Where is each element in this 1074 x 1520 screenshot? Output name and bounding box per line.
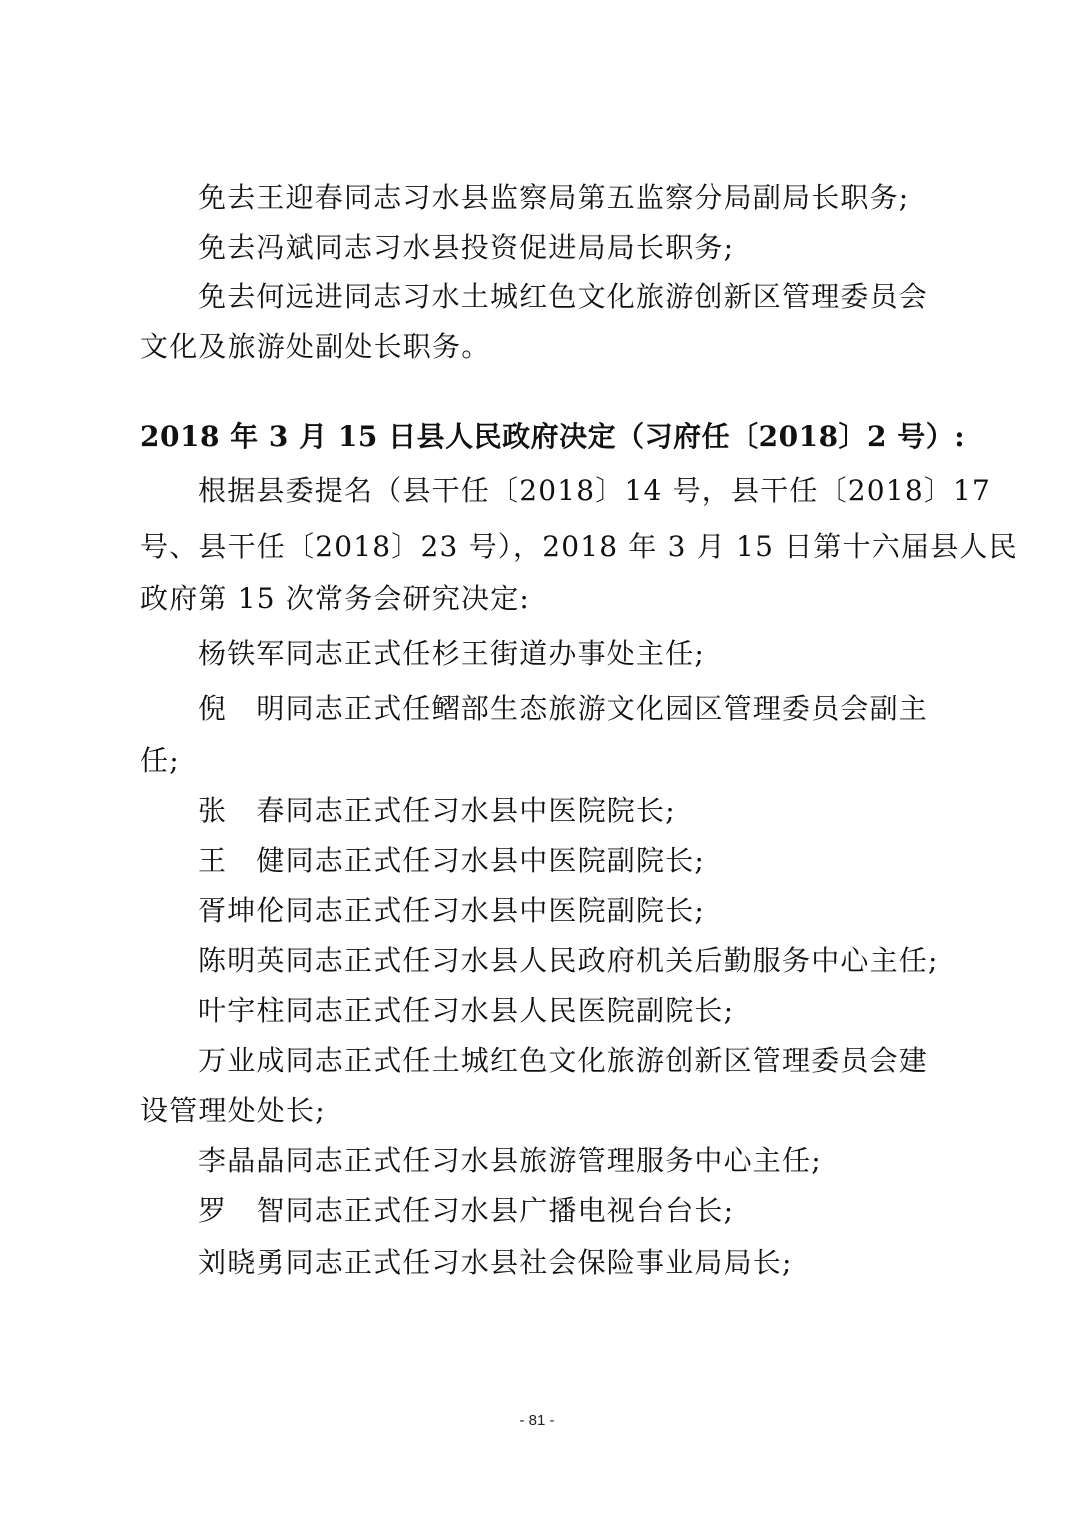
document-page: 免去王迎春同志习水县监察局第五监察分局副局长职务;免去冯斌同志习水县投资促进局局… — [0, 0, 1074, 1520]
paragraph-line: 任; — [140, 744, 940, 778]
paragraph-line: 胥坤伦同志正式任习水县中医院副院长; — [140, 894, 998, 928]
paragraph-line: 刘晓勇同志正式任习水县社会保险事业局局长; — [140, 1246, 998, 1280]
paragraph-line: 叶宇柱同志正式任习水县人民医院副院长; — [140, 994, 998, 1028]
paragraph-line: 王 健同志正式任习水县中医院副院长; — [140, 844, 998, 878]
paragraph-line: 陈明英同志正式任习水县人民政府机关后勤服务中心主任; — [140, 944, 998, 978]
paragraph-line: 文化及旅游处副处长职务。 — [140, 330, 940, 364]
paragraph-line: 倪 明同志正式任鳛部生态旅游文化园区管理委员会副主 — [140, 692, 998, 726]
paragraph-line: 罗 智同志正式任习水县广播电视台台长; — [140, 1194, 998, 1228]
paragraph-line: 免去王迎春同志习水县监察局第五监察分局副局长职务; — [140, 181, 998, 215]
paragraph-line: 政府第 15 次常务会研究决定: — [140, 582, 940, 616]
paragraph-line: 张 春同志正式任习水县中医院院长; — [140, 794, 998, 828]
paragraph-line: 设管理处处长; — [140, 1094, 940, 1128]
paragraph-line: 免去何远进同志习水土城红色文化旅游创新区管理委员会 — [140, 280, 998, 314]
paragraph-line: 李晶晶同志正式任习水县旅游管理服务中心主任; — [140, 1144, 998, 1178]
paragraph-line: 杨铁军同志正式任杉王街道办事处主任; — [140, 637, 998, 671]
paragraph-line: 免去冯斌同志习水县投资促进局局长职务; — [140, 231, 998, 265]
page-number: - 81 - — [0, 1412, 1074, 1429]
paragraph-line: 根据县委提名（县干任〔2018〕14 号，县干任〔2018〕17 — [140, 474, 998, 508]
paragraph-line: 号、县干任〔2018〕23 号），2018 年 3 月 15 日第十六届县人民 — [140, 530, 940, 564]
section-heading: 2018 年 3 月 15 日县人民政府决定（习府任〔2018〕2 号）: — [140, 420, 940, 454]
paragraph-line: 万业成同志正式任土城红色文化旅游创新区管理委员会建 — [140, 1044, 998, 1078]
